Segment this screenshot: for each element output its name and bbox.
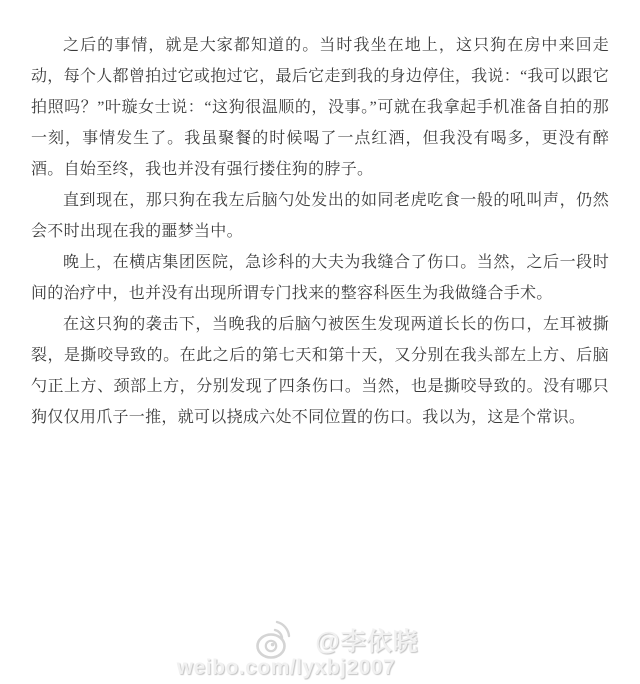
watermark-url: weibo.com/lyxbj2007 [177,656,395,680]
article-paragraph: 晚上，在横店集团医院，急诊科的大夫为我缝合了伤口。当然，之后一段时间的治疗中，也… [31,247,609,309]
article-paragraph: 之后的事情，就是大家都知道的。当时我坐在地上，这只狗在房中来回走动，每个人都曾拍… [31,30,609,185]
article-paragraph: 在这只狗的袭击下，当晚我的后脑勺被医生发现两道长长的伤口，左耳被撕裂，是撕咬导致… [31,309,609,433]
weibo-eye-logo-icon [249,618,309,662]
article-body: 之后的事情，就是大家都知道的。当时我坐在地上，这只狗在房中来回走动，每个人都曾拍… [31,30,609,433]
weibo-watermark: @李依晓 weibo.com/lyxbj2007 [14,620,640,680]
watermark-row: @李依晓 [249,620,418,660]
article-paragraph: 直到现在，那只狗在我左后脑勺处发出的如同老虎吃食一般的吼叫声，仍然会不时出现在我… [31,185,609,247]
watermark-handle: @李依晓 [315,622,418,658]
